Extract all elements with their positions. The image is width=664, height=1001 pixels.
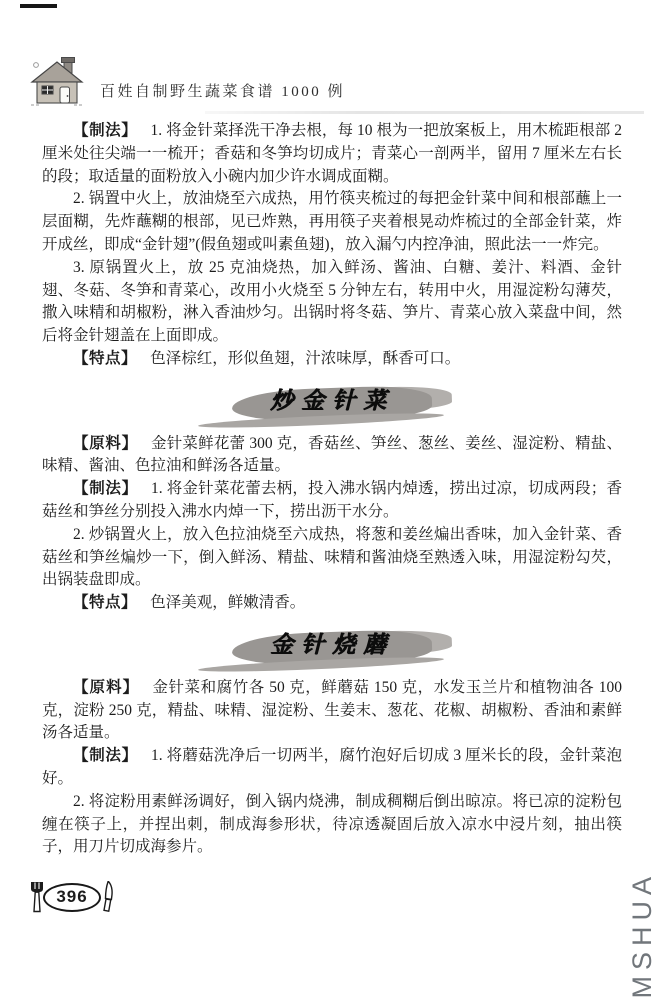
feature-text: 色泽棕红，形似鱼翅，汁浓味厚，酥香可口。 bbox=[150, 350, 460, 367]
page-number-plate: 396 bbox=[28, 881, 119, 913]
feature-line: 【特点】色泽棕红，形似鱼翅，汁浓味厚，酥香可口。 bbox=[42, 348, 622, 371]
method-step: 【制法】1. 将金针菜择洗干净去根，每 10 根为一把放案板上，用木梳距根部 2… bbox=[42, 120, 622, 188]
method-step: 2. 锅置中火上，放油烧至六成热，用竹筷夹梳过的每把金针菜中间和根部蘸上一层面糊… bbox=[42, 188, 622, 256]
page-body: 【制法】1. 将金针菜择洗干净去根，每 10 根为一把放案板上，用木梳距根部 2… bbox=[0, 114, 664, 859]
method-step: 2. 炒锅置火上，放入色拉油烧至六成热，将葱和姜丝煸出香味，加入金针菜、香菇丝和… bbox=[42, 524, 622, 592]
method-label: 【制法】 bbox=[73, 480, 138, 497]
recipe-title: 炒金针菜 bbox=[270, 388, 394, 413]
feature-label: 【特点】 bbox=[73, 594, 137, 611]
method-step: 2. 将淀粉用素鲜汤调好，倒入锅内烧沸，制成稠糊后倒出晾凉。将已凉的淀粉包缠在筷… bbox=[42, 791, 622, 859]
brush-stroke-highlight: 金针烧蘑 bbox=[240, 630, 424, 667]
ingredients-line: 【原料】金针菜鲜花蕾 300 克，香菇丝、笋丝、葱丝、姜丝、湿淀粉、精盐、味精、… bbox=[42, 433, 622, 479]
feature-text: 色泽美观，鲜嫩清香。 bbox=[150, 594, 305, 611]
ingredients-line: 【原料】金针菜和腐竹各 50 克，鲜蘑菇 150 克，水发玉兰片和植物油各 10… bbox=[42, 677, 622, 745]
recipe-title: 金针烧蘑 bbox=[270, 632, 394, 657]
method-step-text: 2. 将淀粉用素鲜汤调好，倒入锅内烧沸，制成稠糊后倒出晾凉。将已凉的淀粉包缠在筷… bbox=[42, 793, 622, 856]
method-step-text: 3. 原锅置火上，放 25 克油烧热，加入鲜汤、酱油、白糖、姜汁、料酒、金针翅、… bbox=[42, 259, 622, 344]
method-label: 【制法】 bbox=[73, 747, 138, 764]
house-icon bbox=[30, 56, 84, 108]
scanned-book-page: 百姓自制野生蔬菜食谱 1000 例 【制法】1. 将金针菜择洗干净去根，每 10… bbox=[0, 0, 664, 1001]
feature-label: 【特点】 bbox=[73, 350, 137, 367]
method-step: 3. 原锅置火上，放 25 克油烧热，加入鲜汤、酱油、白糖、姜汁、料酒、金针翅、… bbox=[42, 257, 622, 348]
ingredients-label: 【原料】 bbox=[73, 679, 139, 696]
method-step: 【制法】1. 将金针菜花蕾去柄，投入沸水锅内焯透，捞出过凉，切成两段；香菇丝和笋… bbox=[42, 478, 622, 524]
page-number: 396 bbox=[43, 883, 101, 912]
feature-line: 【特点】色泽美观，鲜嫩清香。 bbox=[42, 592, 622, 615]
method-label: 【制法】 bbox=[73, 122, 137, 139]
recipe-title-block: 金针烧蘑 bbox=[42, 630, 622, 667]
page-header: 百姓自制野生蔬菜食谱 1000 例 bbox=[0, 0, 664, 108]
ingredients-label: 【原料】 bbox=[73, 435, 138, 452]
recipe-title-block: 炒金针菜 bbox=[42, 386, 622, 423]
method-step-text: 2. 锅置中火上，放油烧至六成热，用竹筷夹梳过的每把金针菜中间和根部蘸上一层面糊… bbox=[42, 190, 622, 253]
scan-edge-mark bbox=[20, 4, 57, 8]
book-title: 百姓自制野生蔬菜食谱 1000 例 bbox=[100, 80, 345, 108]
knife-icon bbox=[99, 881, 119, 913]
scanner-watermark: MSHUA bbox=[627, 871, 658, 999]
brush-stroke-highlight: 炒金针菜 bbox=[240, 386, 424, 423]
method-step: 【制法】1. 将蘑菇洗净后一切两半，腐竹泡好后切成 3 厘米长的段，金针菜泡好。 bbox=[42, 745, 622, 791]
method-step-text: 2. 炒锅置火上，放入色拉油烧至六成热，将葱和姜丝煸出香味，加入金针菜、香菇丝和… bbox=[42, 526, 622, 589]
